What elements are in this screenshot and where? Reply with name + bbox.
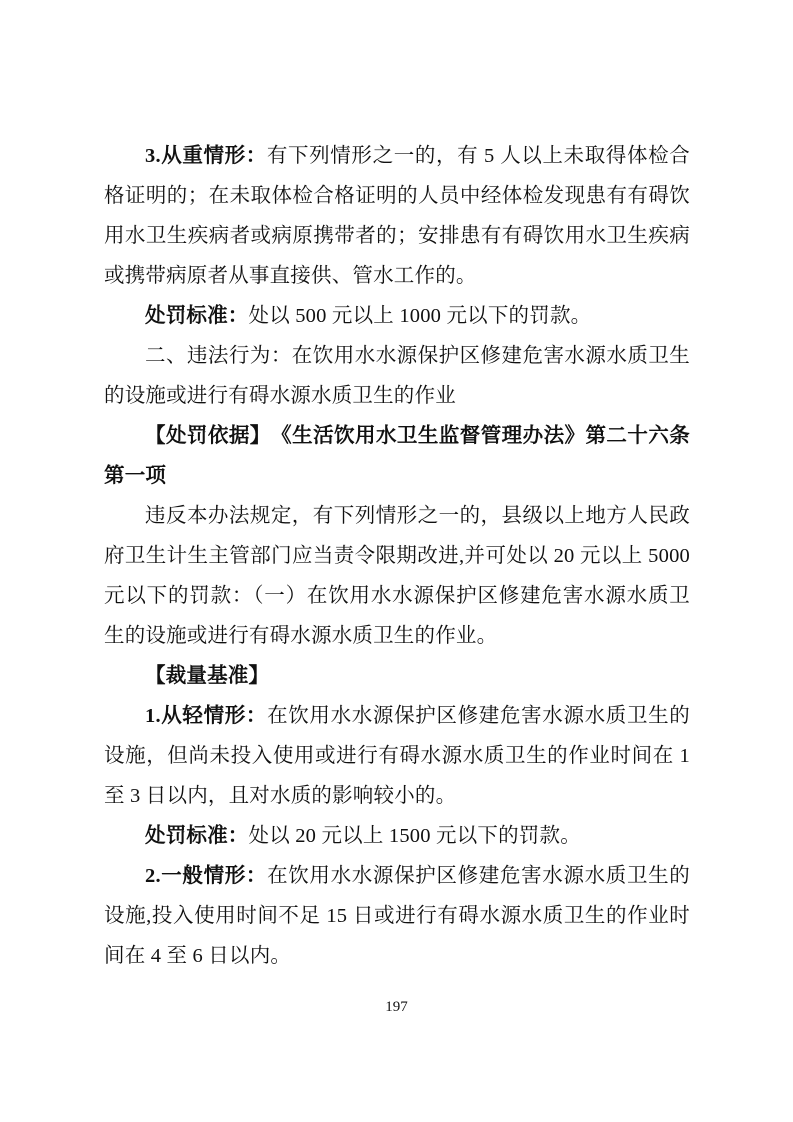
paragraph-lead: 【处罚依据】 《生活饮用水卫生监督管理办法》第二十六条第一项 bbox=[104, 425, 690, 487]
paragraph-lead: 1.从轻情形： bbox=[145, 705, 267, 727]
paragraph-penalty-basis-heading: 【处罚依据】 《生活饮用水卫生监督管理办法》第二十六条第一项 bbox=[104, 416, 690, 496]
document-page: 3.从重情形：有下列情形之一的，有 5 人以上未取得体检合格证明的；在未取体检合… bbox=[0, 0, 793, 1122]
paragraph-mitigating-circumstance: 1.从轻情形：在饮用水水源保护区修建危害水源水质卫生的设施，但尚未投入使用或进行… bbox=[104, 696, 690, 816]
paragraph-lead: 处罚标准： bbox=[145, 305, 249, 327]
paragraph-general-circumstance: 2.一般情形：在饮用水水源保护区修建危害水源水质卫生的设施,投入使用时间不足 1… bbox=[104, 856, 690, 976]
paragraph-violation-heading: 二、违法行为：在饮用水水源保护区修建危害水源水质卫生的设施或进行有碍水源水质卫生… bbox=[104, 336, 690, 416]
document-body: 3.从重情形：有下列情形之一的，有 5 人以上未取得体检合格证明的；在未取体检合… bbox=[104, 136, 690, 976]
paragraph-text: 处以 500 元以上 1000 元以下的罚款。 bbox=[249, 305, 592, 327]
paragraph-penalty-standard-1: 处罚标准：处以 500 元以上 1000 元以下的罚款。 bbox=[104, 296, 690, 336]
paragraph-lead: 处罚标准： bbox=[145, 825, 249, 847]
paragraph-text: 处以 20 元以上 1500 元以下的罚款。 bbox=[249, 825, 581, 847]
paragraph-lead: 【裁量基准】 bbox=[145, 665, 269, 687]
paragraph-text: 违反本办法规定，有下列情形之一的，县级以上地方人民政府卫生计生主管部门应当责令限… bbox=[104, 505, 690, 647]
paragraph-aggravating-circumstance: 3.从重情形：有下列情形之一的，有 5 人以上未取得体检合格证明的；在未取体检合… bbox=[104, 136, 690, 296]
page-number: 197 bbox=[0, 996, 793, 1018]
paragraph-lead: 3.从重情形： bbox=[145, 145, 267, 167]
paragraph-penalty-standard-2: 处罚标准：处以 20 元以上 1500 元以下的罚款。 bbox=[104, 816, 690, 856]
paragraph-regulation-text: 违反本办法规定，有下列情形之一的，县级以上地方人民政府卫生计生主管部门应当责令限… bbox=[104, 496, 690, 656]
paragraph-lead: 2.一般情形： bbox=[145, 865, 267, 887]
paragraph-text: 二、违法行为：在饮用水水源保护区修建危害水源水质卫生的设施或进行有碍水源水质卫生… bbox=[104, 345, 690, 407]
paragraph-discretion-benchmark-heading: 【裁量基准】 bbox=[104, 656, 690, 696]
